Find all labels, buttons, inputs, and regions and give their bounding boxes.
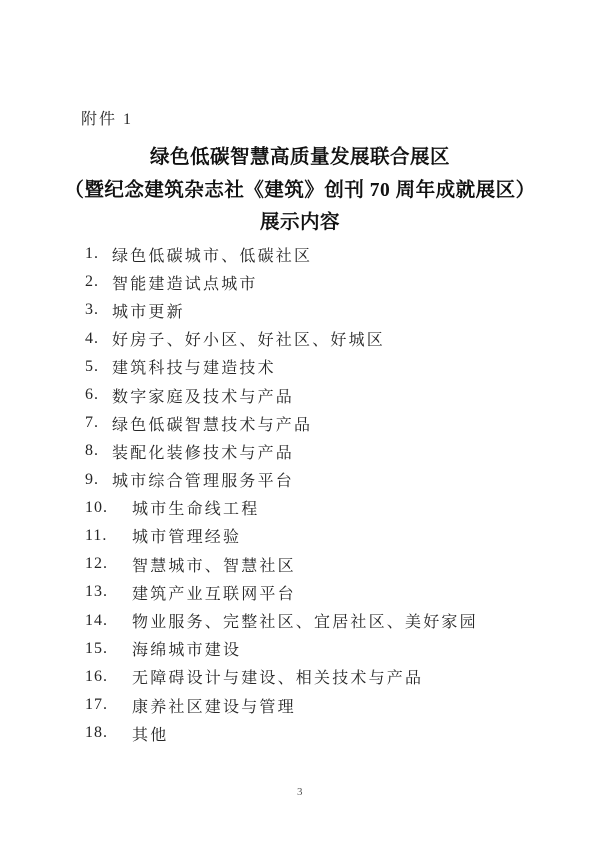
- list-item-number: 18.: [85, 724, 132, 742]
- list-item-number: 6.: [85, 386, 112, 404]
- list-item: 13. 建筑产业互联网平台: [85, 578, 560, 606]
- list-item-text: 无障碍设计与建设、相关技术与产品: [132, 665, 423, 688]
- list-item-number: 8.: [85, 442, 112, 460]
- list-item: 17. 康养社区建设与管理: [85, 691, 560, 719]
- list-item-number: 1.: [85, 245, 112, 263]
- list-item: 1. 绿色低碳城市、低碳社区: [85, 240, 560, 268]
- list-item-number: 15.: [85, 640, 132, 658]
- list-item-text: 数字家庭及技术与产品: [112, 384, 294, 407]
- list-item: 16. 无障碍设计与建设、相关技术与产品: [85, 663, 560, 691]
- list-item-number: 17.: [85, 696, 132, 714]
- list-item-text: 城市管理经验: [132, 524, 241, 547]
- list-item-text: 智能建造试点城市: [112, 271, 258, 294]
- document-title-line-1: 绿色低碳智慧高质量发展联合展区: [0, 142, 600, 175]
- list-item-text: 其他: [132, 722, 168, 745]
- attachment-label: 附件 1: [81, 106, 133, 129]
- list-item-number: 9.: [85, 471, 112, 489]
- list-item-text: 智慧城市、智慧社区: [132, 553, 296, 576]
- list-item-number: 2.: [85, 273, 112, 291]
- list-item-number: 11.: [85, 527, 132, 545]
- list-item-number: 13.: [85, 583, 132, 601]
- list-item: 15. 海绵城市建设: [85, 635, 560, 663]
- list-item-text: 建筑产业互联网平台: [132, 581, 296, 604]
- document-title-block: 绿色低碳智慧高质量发展联合展区 （暨纪念建筑杂志社《建筑》创刊 70 周年成就展…: [0, 142, 600, 240]
- list-item: 12. 智慧城市、智慧社区: [85, 550, 560, 578]
- list-item-text: 装配化装修技术与产品: [112, 440, 294, 463]
- list-item: 18. 其他: [85, 719, 560, 747]
- list-item-text: 城市更新: [112, 299, 185, 322]
- list-item-number: 12.: [85, 555, 132, 573]
- list-item: 4. 好房子、好小区、好社区、好城区: [85, 325, 560, 353]
- list-item-number: 3.: [85, 301, 112, 319]
- list-item: 9. 城市综合管理服务平台: [85, 466, 560, 494]
- exhibit-content-list: 1. 绿色低碳城市、低碳社区 2. 智能建造试点城市 3. 城市更新 4. 好房…: [85, 240, 560, 747]
- list-item: 2. 智能建造试点城市: [85, 268, 560, 296]
- list-item-text: 物业服务、完整社区、宜居社区、美好家园: [132, 609, 478, 632]
- list-item-text: 建筑科技与建造技术: [112, 355, 276, 378]
- list-item-text: 康养社区建设与管理: [132, 694, 296, 717]
- list-item-text: 好房子、好小区、好社区、好城区: [112, 327, 385, 350]
- list-item-text: 绿色低碳智慧技术与产品: [112, 412, 312, 435]
- list-item-text: 城市生命线工程: [132, 496, 259, 519]
- list-item-text: 海绵城市建设: [132, 637, 241, 660]
- list-item-number: 16.: [85, 668, 132, 686]
- list-item-text: 城市综合管理服务平台: [112, 468, 294, 491]
- list-item-number: 7.: [85, 414, 112, 432]
- list-item-number: 5.: [85, 358, 112, 376]
- list-item: 3. 城市更新: [85, 296, 560, 324]
- page-number: 3: [0, 786, 600, 798]
- list-item: 7. 绿色低碳智慧技术与产品: [85, 409, 560, 437]
- list-item: 14. 物业服务、完整社区、宜居社区、美好家园: [85, 606, 560, 634]
- list-item: 11. 城市管理经验: [85, 522, 560, 550]
- list-item-number: 10.: [85, 499, 132, 517]
- list-item: 5. 建筑科技与建造技术: [85, 353, 560, 381]
- list-item-number: 4.: [85, 330, 112, 348]
- list-item: 10. 城市生命线工程: [85, 494, 560, 522]
- list-item-text: 绿色低碳城市、低碳社区: [112, 243, 312, 266]
- list-item-number: 14.: [85, 612, 132, 630]
- document-title-line-2: （暨纪念建筑杂志社《建筑》创刊 70 周年成就展区）: [0, 175, 600, 208]
- list-item: 6. 数字家庭及技术与产品: [85, 381, 560, 409]
- document-page: 附件 1 绿色低碳智慧高质量发展联合展区 （暨纪念建筑杂志社《建筑》创刊 70 …: [0, 0, 600, 848]
- document-title-line-3: 展示内容: [0, 207, 600, 240]
- list-item: 8. 装配化装修技术与产品: [85, 437, 560, 465]
